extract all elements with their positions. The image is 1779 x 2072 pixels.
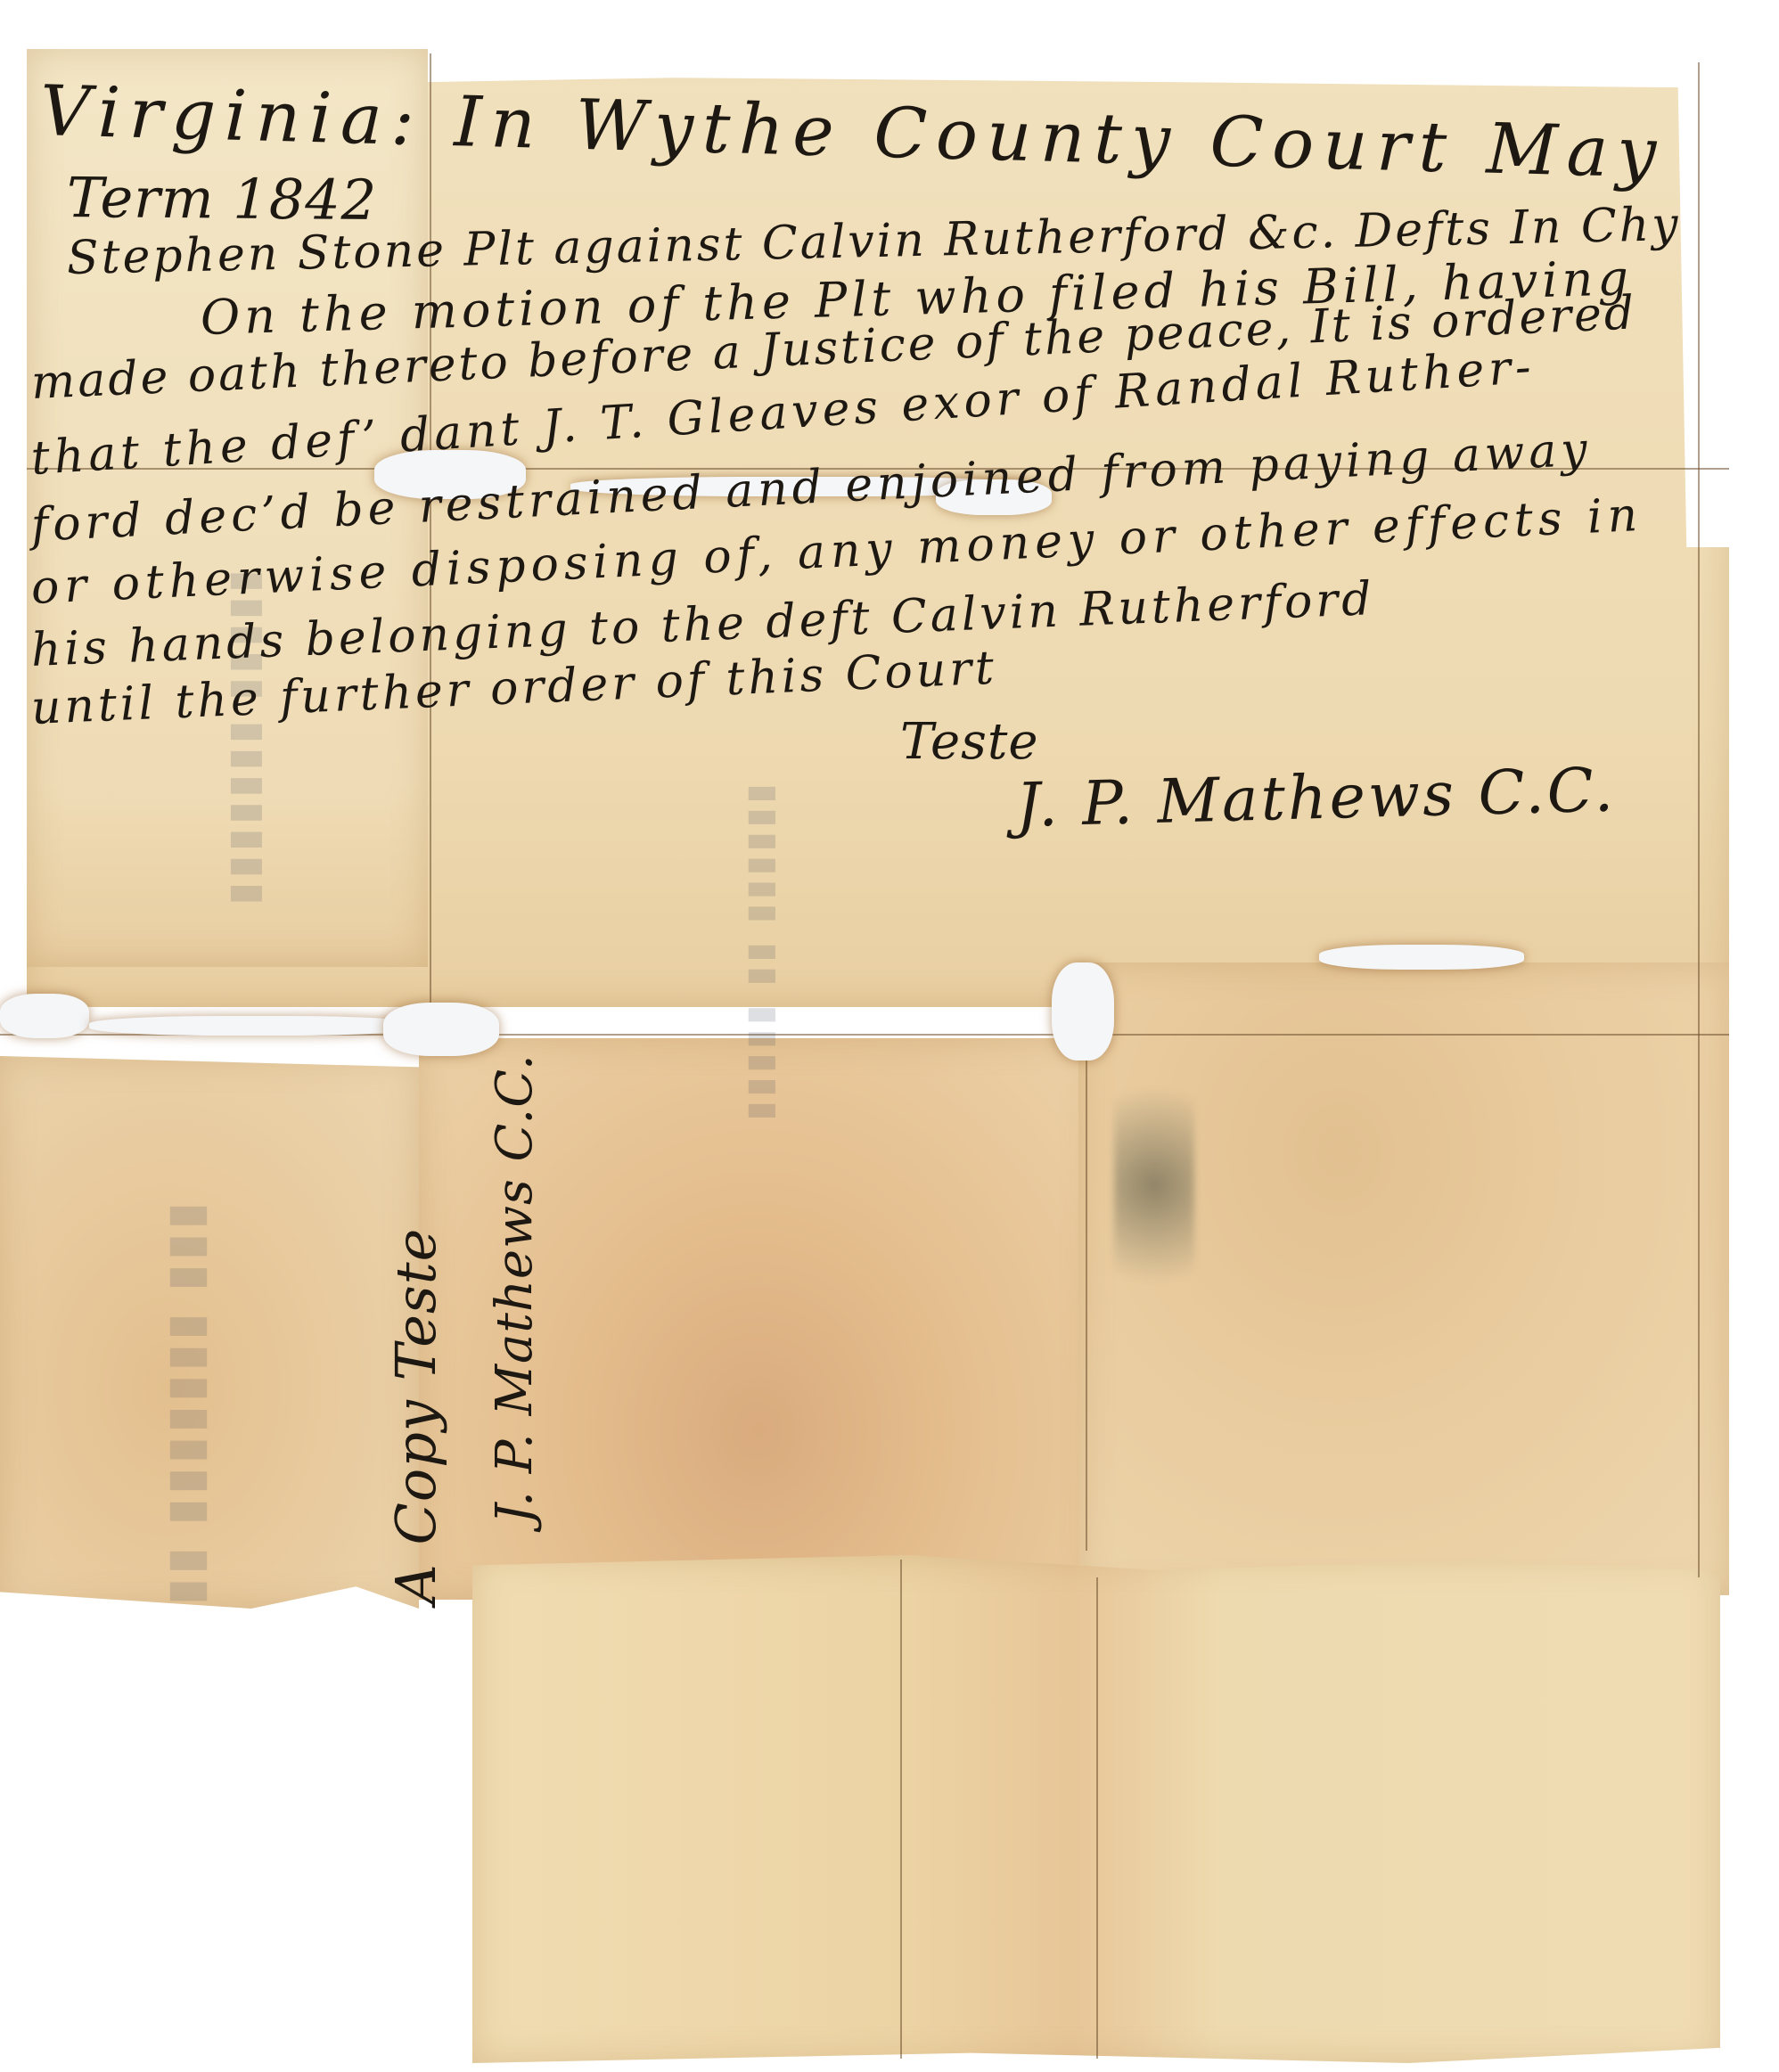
paper-tear (0, 994, 89, 1038)
bleed-through-print: ▮▮▮▮▮▮ ▮▮ ▮▮▮▮▮ (744, 784, 784, 1126)
fold-line (1096, 1577, 1098, 2059)
teste-label: Teste (900, 713, 1039, 771)
endorsement-copy-teste: A Copy Teste (383, 1228, 448, 1604)
fold-line (1698, 62, 1700, 1577)
paper-tear (1319, 945, 1524, 970)
court-term: Term 1842 (67, 165, 378, 233)
endorsement-clerk-signature: J. P. Mathews C.C. (486, 1053, 544, 1524)
mold-stain (1114, 1052, 1194, 1319)
paper-tear (1052, 962, 1114, 1061)
paper-tear (89, 1016, 419, 1036)
bleed-through-print: ▮▮▮ ▮▮▮▮▮▮▮ ▮▮ (165, 1203, 218, 1609)
paper-tear (383, 1003, 499, 1056)
fold-line (900, 1560, 902, 2059)
